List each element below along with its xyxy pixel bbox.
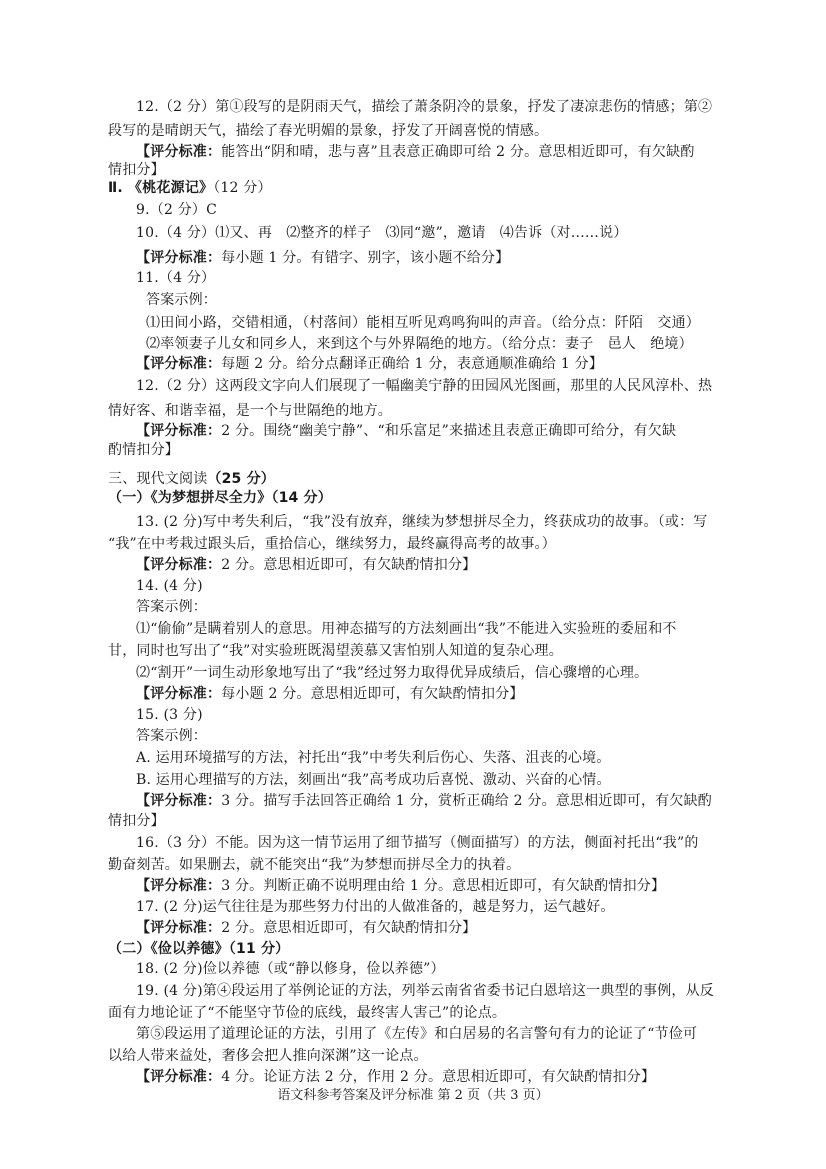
q14-example-label: 答案示例： bbox=[136, 598, 760, 616]
q19-scoring-standard: 【评分标准：4 分。论证方法 2 分，作用 2 分。意思相近即可，有欠缺酌情扣分… bbox=[136, 1068, 760, 1086]
q19-answer-line1: 19. (4 分)第④段运用了举例论证的方法，列举云南省省委书记白恩培这一典型的… bbox=[136, 982, 760, 1000]
q17-answer: 17. (2 分)运气往往是为那些努力付出的人做准备的，越是努力，运气越好。 bbox=[136, 898, 760, 916]
scoring-label: 【评分标准： bbox=[136, 557, 221, 573]
q15-answer-b: B. 运用心理描写的方法，刻画出“我”高考成功后喜悦、激动、兴奋的心情。 bbox=[136, 771, 760, 789]
q11-answer-1: ⑴田间小路，交错相通，（村落间）能相互听见鸡鸣狗叫的声音。（给分点：阡陌 交通） bbox=[146, 314, 770, 332]
q9-answer: 9.（2 分）C bbox=[136, 201, 760, 219]
q10-scoring-standard: 【评分标准：每小题 1 分。有错字、别字，该小题不给分】 bbox=[136, 249, 760, 267]
q14-answer-2: ⑵“割开”一词生动形象地写出了“我”经过努力取得优异成绩后，信心骤增的心理。 bbox=[136, 664, 760, 682]
q11-example-label: 答案示例： bbox=[146, 291, 770, 309]
q13-answer-line2: “我”在中考栽过跟头后，重拾信心，继续努力，最终赢得高考的故事。） bbox=[108, 535, 732, 553]
q13-scoring-standard: 【评分标准：2 分。意思相近即可，有欠缺酌情扣分】 bbox=[136, 556, 760, 574]
q17-scoring-standard: 【评分标准：2 分。意思相近即可，有欠缺酌情扣分】 bbox=[136, 919, 760, 937]
q16-answer-line2: 勤奋刻苦。如果删去，就不能突出“我”为梦想而拼尽全力的执着。 bbox=[108, 856, 732, 874]
scoring-label: 【评分标准： bbox=[136, 1069, 221, 1085]
scoring-label: 【评分标准： bbox=[136, 920, 221, 936]
q10-answer: 10.（4 分）⑴又、再 ⑵整齐的样子 ⑶同“邀”，邀请 ⑷告诉（对……说） bbox=[136, 224, 760, 242]
q12-scoring-standard: 【评分标准：能答出“阴和晴，悲与喜”且表意正确即可给 2 分。意思相近即可，有欠… bbox=[136, 143, 760, 161]
page-footer: 语文科参考答案及评分标准 第 2 页（共 3 页） bbox=[0, 1088, 826, 1104]
scoring-label: 【评分标准： bbox=[136, 793, 221, 809]
section-3-heading: 三、现代文阅读（25 分） bbox=[108, 470, 732, 488]
q14-answer-1-line1: ⑴“偷偷”是瞒着别人的意思。用神态描写的方法刻画出“我”不能进入实验班的委屈和不 bbox=[136, 620, 760, 638]
q12-answer-line1: 12.（2 分）第①段写的是阴雨天气，描绘了萧条阴冷的景象，抒发了凄凉悲伤的情感… bbox=[136, 98, 760, 116]
scoring-label: 【评分标准： bbox=[136, 686, 221, 702]
q12b-answer-line2: 情好客、和谐幸福，是一个与世隔绝的地方。 bbox=[108, 402, 732, 420]
q14-header: 14. (4 分) bbox=[136, 577, 760, 595]
q19-answer-line2: 面有力地论证了“不能坚守节俭的底线，最终害人害己”的论点。 bbox=[108, 1004, 732, 1022]
q13-answer-line1: 13. (2 分)写中考失利后，“我”没有放弃，继续为梦想拼尽全力，终获成功的故… bbox=[136, 513, 760, 531]
scoring-label: 【评分标准： bbox=[136, 250, 221, 266]
q14-scoring-standard: 【评分标准：每小题 2 分。意思相近即可，有欠缺酌情扣分】 bbox=[136, 685, 760, 703]
q19-answer-line4: 以给人带来益处，奢侈会把人推向深渊”这一论点。 bbox=[108, 1047, 732, 1065]
q11-scoring-standard: 【评分标准：每题 2 分。给分点翻译正确给 1 分，表意通顺准确给 1 分】 bbox=[136, 355, 760, 373]
answer-key-page: 12.（2 分）第①段写的是阴雨天气，描绘了萧条阴冷的景象，抒发了凄凉悲伤的情感… bbox=[0, 0, 826, 1169]
q16-scoring-standard: 【评分标准：3 分。判断正确不说明理由给 1 分。意思相近即可，有欠缺酌情扣分】 bbox=[136, 877, 760, 895]
q11-header: 11.（4 分） bbox=[136, 269, 760, 287]
q12b-scoring-standard: 【评分标准：2 分。围绕“幽美宁静”、“和乐富足”来描述且表意正确即可给分，有欠… bbox=[136, 422, 760, 440]
q15-scoring-standard-cont: 情扣分】 bbox=[108, 812, 732, 830]
scoring-label: 【评分标准： bbox=[136, 423, 221, 439]
q19-answer-line3: 第⑤段运用了道理论证的方法，引用了《左传》和白居易的名言警句有力的论证了“节俭可 bbox=[136, 1025, 760, 1043]
q16-answer-line1: 16.（3 分）不能。因为这一情节运用了细节描写（侧面描写）的方法，侧面衬托出“… bbox=[136, 834, 760, 852]
scoring-label: 【评分标准： bbox=[136, 356, 221, 372]
subsection-1-heading: （一）《为梦想拼尽全力》（14 分） bbox=[108, 489, 732, 507]
scoring-label: 【评分标准： bbox=[136, 878, 221, 894]
subsection-2-heading: （二）《俭以养德》（11 分） bbox=[108, 940, 732, 958]
q18-answer: 18. (2 分)俭以养德（或“静以修身，俭以养德”） bbox=[136, 960, 760, 978]
q15-scoring-standard: 【评分标准：3 分。描写手法回答正确给 1 分，赏析正确给 2 分。意思相近即可… bbox=[136, 792, 760, 810]
q12b-scoring-standard-cont: 酌情扣分】 bbox=[108, 441, 732, 459]
q14-answer-1-line2: 甘，同时也写出了“我”对实验班既渴望羡慕又害怕别人知道的复杂心理。 bbox=[108, 642, 732, 660]
q15-header: 15. (3 分) bbox=[136, 706, 760, 724]
q12b-answer-line1: 12.（2 分）这两段文字向人们展现了一幅幽美宁静的田园风光图画，那里的人民风淳… bbox=[136, 377, 760, 395]
q11-answer-2: ⑵率领妻子儿女和同乡人，来到这个与外界隔绝的地方。（给分点：妻子 邑人 绝境） bbox=[146, 335, 770, 353]
q12-answer-line2: 段写的是晴朗天气，描绘了春光明媚的景象，抒发了开阔喜悦的情感。 bbox=[108, 122, 732, 140]
q12-scoring-standard-cont: 情扣分】 bbox=[108, 161, 732, 179]
section-2-heading: Ⅱ. 《桃花源记》（12 分） bbox=[108, 179, 732, 197]
scoring-label: 【评分标准： bbox=[136, 144, 221, 160]
q15-example-label: 答案示例： bbox=[136, 727, 760, 745]
q15-answer-a: A. 运用环境描写的方法，衬托出“我”中考失利后伤心、失落、沮丧的心境。 bbox=[136, 749, 760, 767]
